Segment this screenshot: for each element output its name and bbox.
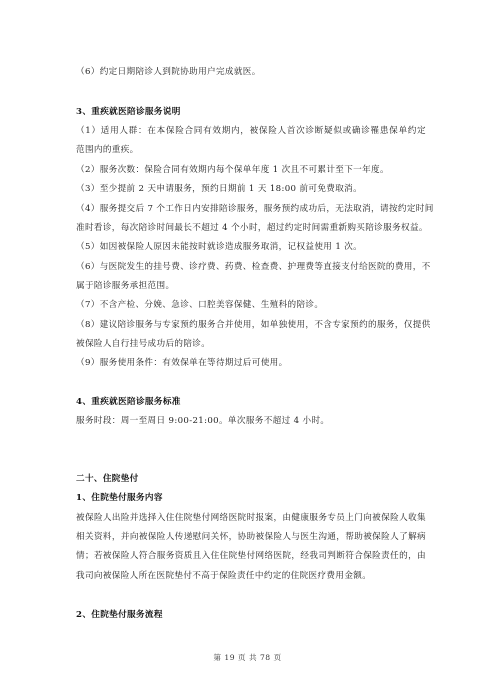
paragraph-line: 范围内的重疾。: [76, 144, 426, 156]
paragraph-line: 属于陪诊服务承担范围。: [76, 280, 426, 292]
paragraph-line: （1）适用人群：在本保险合同有效期内，被保险人首次诊断疑似或确诊罹患保单约定: [76, 125, 426, 137]
paragraph-line: （9）服务使用条件：有效保单在等待期过后可使用。: [76, 357, 426, 369]
paragraph-line: 我司向被保险人所在医院垫付不高于保险责任中约定的住院医疗费用金额。: [76, 570, 426, 582]
paragraph-line: （4）服务提交后 7 个工作日内安排陪诊服务，服务预约成功后，无法取消，请按约定…: [76, 203, 426, 215]
paragraph-line: 服务时段：周一至周日 9:00-21:00。单次服务不超过 4 小时。: [76, 415, 426, 427]
paragraph-line: 相关资料，并向被保险人传递慰问关怀，协助被保险人与医生沟通，帮助被保险人了解病: [76, 531, 426, 543]
paragraph-line: （6）与医院发生的挂号费、诊疗费、药费、检查费、护理费等直接支付给医院的费用，不: [76, 261, 426, 273]
paragraph-line: （5）如因被保险人原因未能按时就诊造成服务取消，记权益使用 1 次。: [76, 241, 426, 253]
paragraph-line: 情；若被保险人符合服务资质且入住住院垫付网络医院，经我司判断符合保险责任的，由: [76, 550, 426, 562]
paragraph-line: （2）服务次数：保险合同有效期内每个保单年度 1 次且不可累计至下一年度。: [76, 164, 426, 176]
section-heading: 2、住院垫付服务流程: [76, 609, 426, 621]
section-heading: 二十、住院垫付: [76, 473, 426, 485]
section-heading: 1、住院垫付服务内容: [76, 492, 426, 504]
paragraph-line: 准时看诊，每次陪诊时间最长不超过 4 个小时，超过约定时间需重新购买陪诊服务权益…: [76, 222, 426, 234]
paragraph-line: （6）约定日期陪诊人到院协助用户完成就医。: [76, 66, 426, 78]
paragraph-line: （8）建议陪诊服务与专家预约服务合并使用，如单独使用，不含专家预约的服务，仅提供: [76, 319, 426, 331]
paragraph-line: 被保险人自行挂号成功后的陪诊。: [76, 338, 426, 350]
section-heading: 4、重疾就医陪诊服务标准: [76, 396, 426, 408]
paragraph-line: （7）不含产检、分娩、急诊、口腔美容保健、生殖科的陪诊。: [76, 299, 426, 311]
section-heading: 3、重疾就医陪诊服务说明: [76, 106, 426, 118]
paragraph-line: 被保险人出险并选择入住住院垫付网络医院时报案，由健康服务专员上门向被保险人收集: [76, 512, 426, 524]
page-footer-page-number: 第 19 页 共 78 页: [0, 652, 495, 663]
paragraph-line: （3）至少提前 2 天申请服务，预约日期前 1 天 18:00 前可免费取消。: [76, 183, 426, 195]
